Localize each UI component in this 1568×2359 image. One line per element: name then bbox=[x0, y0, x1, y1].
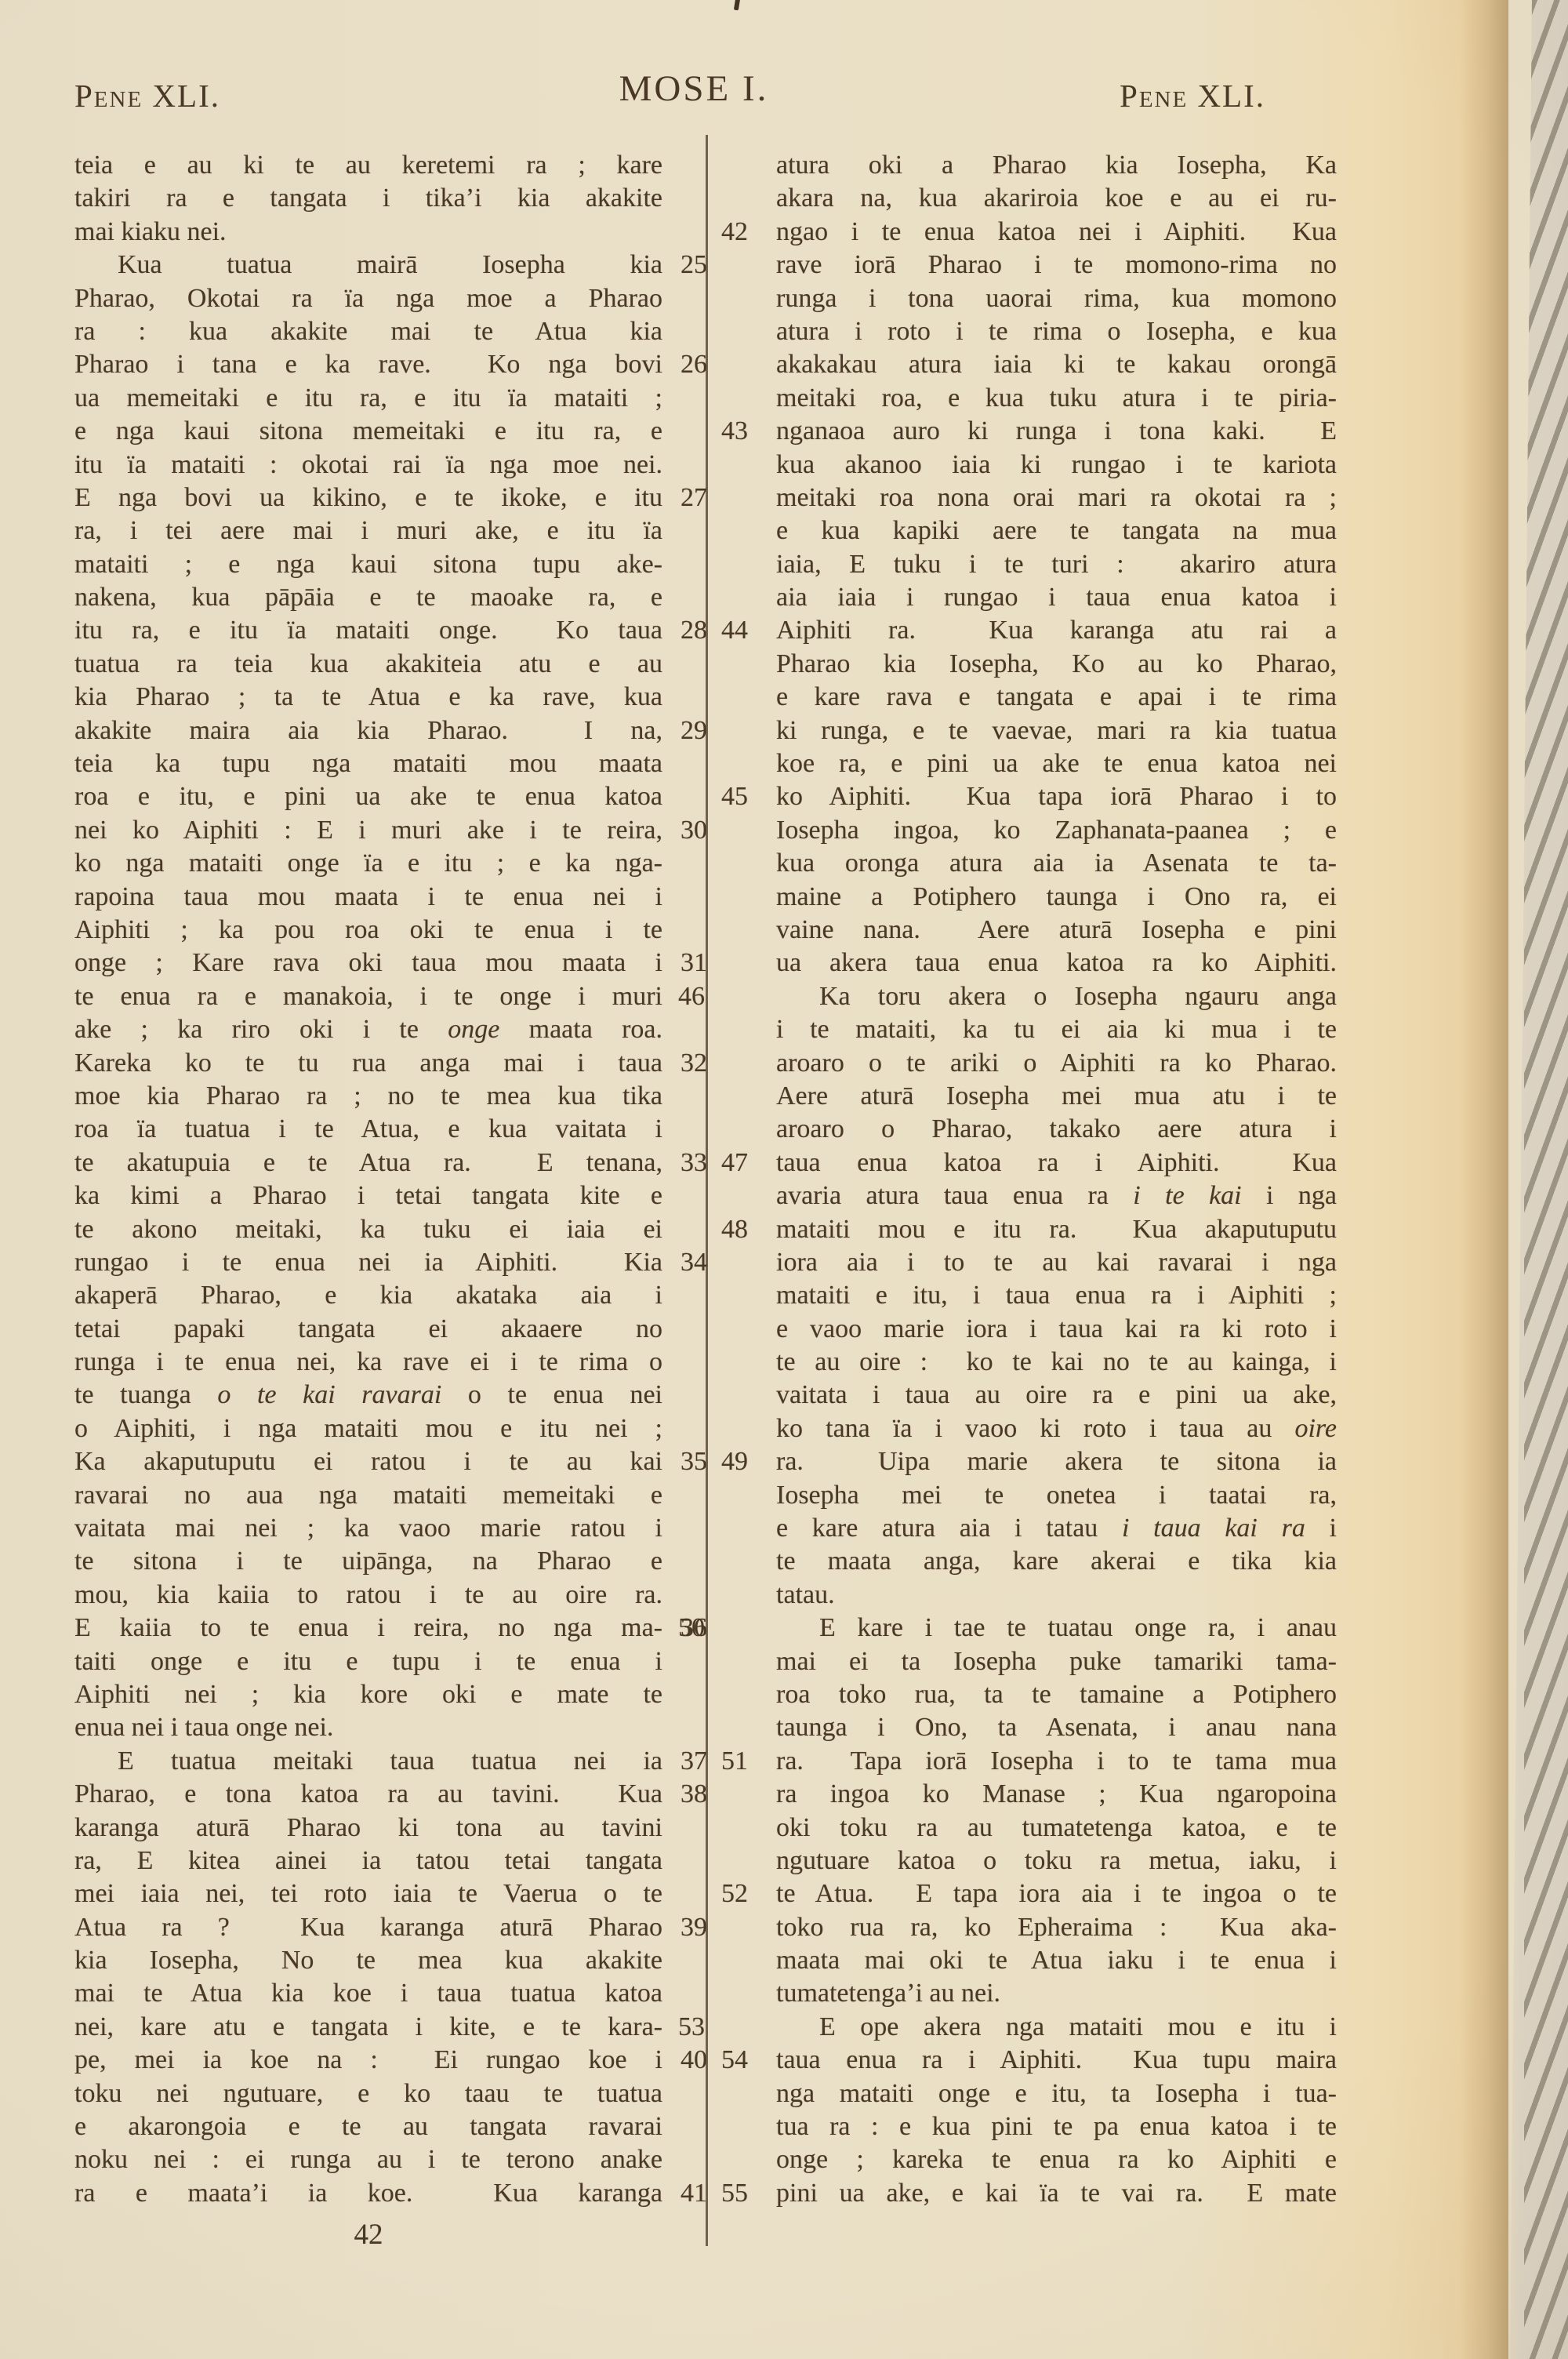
verse-text: E kare i tae te tuatau onge ra, i anau bbox=[819, 1613, 1337, 1642]
verse-text: te enua ra e manakoia, i te onge i muri bbox=[74, 982, 662, 1011]
text-line: Aiphiti ; ka pou roa oki te enua i te bbox=[74, 914, 662, 947]
text-line: 52te Atua. E tapa iora aia i te ingoa o … bbox=[776, 1877, 1337, 1910]
verse-text: roa toko rua, ta te tamaine a Potiphero bbox=[776, 1680, 1337, 1709]
verse-text: vaitata mai nei ; ka vaoo marie ratou i bbox=[74, 1514, 662, 1543]
verse-text: te sitona i te uipānga, na Pharao e bbox=[74, 1547, 662, 1576]
verse-text: enua nei i taua onge nei. bbox=[74, 1713, 333, 1742]
scanned-book-page: { "header": { "left": "Pene XLI.", "cent… bbox=[0, 0, 1568, 2359]
text-line: teia e au ki te au keretemi ra ; kare bbox=[74, 149, 662, 182]
text-line: vaitata i taua au oire ra e pini ua ake, bbox=[776, 1379, 1337, 1412]
verse-number: 51 bbox=[721, 1745, 748, 1778]
page: Pene XLI. MOSE I. Pene XLI. teia e au ki… bbox=[0, 0, 1508, 2359]
text-line: onge ; kareka te enua ra ko Aiphiti e bbox=[776, 2143, 1337, 2176]
text-line: mai ei ta Iosepha puke tamariki tama- bbox=[776, 1645, 1337, 1678]
text-line: meitaki roa, e kua tuku atura i te piria… bbox=[776, 382, 1337, 415]
text-line: vaine nana. Aere aturā Iosepha e pini bbox=[776, 914, 1337, 947]
verse-text: E kaiia to te enua i reira, no nga ma- bbox=[74, 1613, 662, 1642]
text-line: Iosepha mei te onetea i taatai ra, bbox=[776, 1479, 1337, 1512]
verse-text: kia Iosepha, No te mea kua akakite bbox=[74, 1946, 662, 1975]
text-line: 34rungao i te enua nei ia Aiphiti. Kia bbox=[74, 1246, 662, 1279]
verse-text: e kua kapiki aere te tangata na mua bbox=[776, 516, 1337, 545]
text-line: tua ra : e kua pini te pa enua katoa i t… bbox=[776, 2110, 1337, 2143]
text-line: takiri ra e tangata i tika’i kia akakite bbox=[74, 182, 662, 215]
verse-text: e kare rava e tangata e apai i te rima bbox=[776, 682, 1337, 711]
verse-number: 37 bbox=[681, 1745, 707, 1778]
text-line: kia Iosepha, No te mea kua akakite bbox=[74, 1944, 662, 1977]
verse-text: rave iorā Pharao i te momono-rima no bbox=[776, 250, 1337, 279]
verse-text: ki runga, e te vaevae, mari ra kia tuatu… bbox=[776, 716, 1337, 745]
verse-text: taiti onge e itu e tupu i te enua i bbox=[74, 1647, 662, 1676]
verse-text: mataiti mou e itu ra. Kua akaputuputu bbox=[776, 1215, 1337, 1244]
verse-text: mataiti ; e nga kaui sitona tupu ake- bbox=[74, 550, 662, 579]
verse-text: avaria atura taua enua ra i te kai i nga bbox=[776, 1181, 1337, 1210]
adjacent-page-text-blur bbox=[1524, 0, 1568, 2359]
text-line: toko rua ra, ko Epheraima : Kua aka- bbox=[776, 1911, 1337, 1944]
verse-text: aroaro o te ariki o Aiphiti ra ko Pharao… bbox=[776, 1049, 1337, 1078]
verse-text: mai kiaku nei. bbox=[74, 217, 227, 246]
left-text-column: teia e au ki te au keretemi ra ; karetak… bbox=[74, 149, 662, 2210]
running-head-right: Pene XLI. bbox=[1120, 77, 1265, 114]
text-line: ko tana ïa i vaoo ki roto i taua au oire bbox=[776, 1412, 1337, 1445]
text-line: ake ; ka riro oki i te onge maata roa. bbox=[74, 1013, 662, 1046]
text-line: 30nei ko Aiphiti : E i muri ake i te rei… bbox=[74, 814, 662, 847]
text-line: nakena, kua pāpāia e te maoake ra, e bbox=[74, 581, 662, 614]
text-line: roa e itu, e pini ua ake te enua katoa bbox=[74, 780, 662, 813]
verse-text: mataiti e itu, i taua enua ra i Aiphiti … bbox=[776, 1281, 1337, 1310]
verse-text: ngutuare katoa o toku ra metua, iaku, i bbox=[776, 1846, 1337, 1875]
text-line: 48mataiti mou e itu ra. Kua akaputuputu bbox=[776, 1213, 1337, 1246]
text-line: 50E kare i tae te tuatau onge ra, i anau bbox=[776, 1612, 1337, 1645]
verse-text: koe ra, e pini ua ake te enua katoa nei bbox=[776, 749, 1337, 778]
verse-text: tatau. bbox=[776, 1580, 835, 1609]
verse-number: 42 bbox=[721, 216, 748, 249]
text-line: o Aiphiti, i nga mataiti mou e itu nei ; bbox=[74, 1412, 662, 1445]
verse-text: pe, mei ia koe na : Ei rungao koe i bbox=[74, 2045, 662, 2074]
verse-text: Pharao, Okotai ra ïa nga moe a Pharao bbox=[74, 284, 662, 313]
text-line: 38Pharao, e tona katoa ra au tavini. Kua bbox=[74, 1778, 662, 1811]
verse-text: tua ra : e kua pini te pa enua katoa i t… bbox=[776, 2112, 1337, 2141]
verse-text: meitaki roa, e kua tuku atura i te piria… bbox=[776, 383, 1337, 413]
verse-number: 30 bbox=[681, 814, 707, 847]
text-line: oki toku ra au tumatetenga katoa, e te bbox=[776, 1812, 1337, 1845]
text-line: avaria atura taua enua ra i te kai i nga bbox=[776, 1179, 1337, 1212]
verse-text: meitaki roa nona orai mari ra okotai ra … bbox=[776, 483, 1337, 512]
verse-number: 45 bbox=[721, 780, 748, 813]
verse-text: Iosepha mei te onetea i taatai ra, bbox=[776, 1481, 1337, 1510]
verse-text: ravarai no aua nga mataiti memeitaki e bbox=[74, 1481, 662, 1510]
verse-text: ngao i te enua katoa nei i Aiphiti. Kua bbox=[776, 217, 1337, 246]
verse-text: nganaoa auro ki runga i tona kaki. E bbox=[776, 416, 1337, 445]
verse-text: Pharao i tana e ka rave. Ko nga bovi bbox=[74, 350, 662, 379]
text-line: ra, i tei aere mai i muri ake, e itu ïa bbox=[74, 514, 662, 547]
text-line: rave iorā Pharao i te momono-rima no bbox=[776, 249, 1337, 282]
verse-number: 29 bbox=[681, 714, 707, 747]
text-line: ko nga mataiti onge ïa e itu ; e ka nga- bbox=[74, 847, 662, 880]
text-line: 40pe, mei ia koe na : Ei rungao koe i bbox=[74, 2044, 662, 2077]
verse-text: vaine nana. Aere aturā Iosepha e pini bbox=[776, 915, 1337, 944]
text-line: 49ra. Uipa marie akera te sitona ia bbox=[776, 1445, 1337, 1478]
text-line: aroaro o Pharao, takako aere atura i bbox=[776, 1113, 1337, 1146]
verse-number: 54 bbox=[721, 2044, 748, 2077]
text-line: ngutuare katoa o toku ra metua, iaku, i bbox=[776, 1845, 1337, 1877]
text-line: 28itu ra, e itu ïa mataiti onge. Ko taua bbox=[74, 614, 662, 647]
verse-text: vaitata i taua au oire ra e pini ua ake, bbox=[776, 1380, 1337, 1409]
verse-text: atura i roto i te rima o Iosepha, e kua bbox=[776, 317, 1337, 346]
text-line: te akono meitaki, ka tuku ei iaia ei bbox=[74, 1213, 662, 1246]
verse-text: nga mataiti onge e itu, ta Iosepha i tua… bbox=[776, 2079, 1337, 2108]
verse-number: 26 bbox=[681, 348, 707, 381]
verse-text: taua enua katoa ra i Aiphiti. Kua bbox=[776, 1148, 1337, 1177]
text-line: e kua kapiki aere te tangata na mua bbox=[776, 514, 1337, 547]
verse-text: Aiphiti ra. Kua karanga atu rai a bbox=[776, 616, 1337, 645]
verse-number: 48 bbox=[721, 1213, 748, 1246]
verse-text: ra. Tapa iorā Iosepha i to te tama mua bbox=[776, 1747, 1337, 1776]
verse-text: akara na, kua akariroia koe e au ei ru- bbox=[776, 184, 1337, 213]
text-line: roa ïa tuatua i te Atua, e kua vaitata i bbox=[74, 1113, 662, 1146]
verse-text: ka kimi a Pharao i tetai tangata kite e bbox=[74, 1181, 662, 1210]
text-line: 32Kareka ko te tu rua anga mai i taua bbox=[74, 1047, 662, 1080]
verse-text: roa e itu, e pini ua ake te enua katoa bbox=[74, 782, 662, 811]
verse-text: itu ra, e itu ïa mataiti onge. Ko taua bbox=[74, 616, 662, 645]
text-line: 53E ope akera nga mataiti mou e itu i bbox=[776, 2011, 1337, 2044]
verse-number: 55 bbox=[721, 2177, 748, 2210]
printers-mark bbox=[734, 0, 740, 10]
verse-text: te maata anga, kare akerai e tika kia bbox=[776, 1547, 1337, 1576]
text-line: 31onge ; Kare rava oki taua mou maata i bbox=[74, 947, 662, 980]
text-line: aia iaia i rungao i taua enua katoa i bbox=[776, 581, 1337, 614]
text-line: 37E tuatua meitaki taua tuatua nei ia bbox=[74, 1745, 662, 1778]
verse-text: Pharao, e tona katoa ra au tavini. Kua bbox=[74, 1779, 662, 1808]
text-line: tatau. bbox=[776, 1579, 1337, 1612]
text-line: e kare rava e tangata e apai i te rima bbox=[776, 681, 1337, 714]
text-line: te tuanga o te kai ravarai o te enua nei bbox=[74, 1379, 662, 1412]
text-line: ka kimi a Pharao i tetai tangata kite e bbox=[74, 1179, 662, 1212]
text-line: teia ka tupu nga mataiti mou maata bbox=[74, 747, 662, 780]
text-line: 39Atua ra ? Kua karanga aturā Pharao bbox=[74, 1911, 662, 1944]
text-line: iaia, E tuku i te turi : akariro atura bbox=[776, 548, 1337, 581]
text-line: mai kiaku nei. bbox=[74, 216, 662, 249]
verse-number: 46 bbox=[678, 980, 705, 1013]
verse-text: mai te Atua kia koe i taua tuatua katoa bbox=[74, 1979, 662, 2008]
verse-text: onge ; Kare rava oki taua mou maata i bbox=[74, 948, 662, 977]
text-line: e akarongoia e te au tangata ravarai bbox=[74, 2110, 662, 2143]
verse-text: e kare atura aia i tatau i taua kai ra i bbox=[776, 1514, 1337, 1543]
text-line: mei iaia nei, tei roto iaia te Vaerua o … bbox=[74, 1877, 662, 1910]
verse-text: noku nei : ei runga au i te terono anake bbox=[74, 2145, 662, 2174]
text-line: rapoina taua mou maata i te enua nei i bbox=[74, 881, 662, 914]
verse-text: e nga kaui sitona memeitaki e itu ra, e bbox=[74, 416, 662, 445]
verse-number: 43 bbox=[721, 415, 748, 448]
text-line: mai te Atua kia koe i taua tuatua katoa bbox=[74, 1977, 662, 2010]
verse-number: 41 bbox=[681, 2177, 707, 2210]
verse-text: onge ; kareka te enua ra ko Aiphiti e bbox=[776, 2145, 1337, 2174]
verse-text: nakena, kua pāpāia e te maoake ra, e bbox=[74, 583, 662, 612]
text-line: enua nei i taua onge nei. bbox=[74, 1711, 662, 1744]
text-line: 29akakite maira aia kia Pharao. I na, bbox=[74, 714, 662, 747]
text-line: mou, kia kaiia to ratou i te au oire ra. bbox=[74, 1579, 662, 1612]
text-line: karanga aturā Pharao ki tona au tavini bbox=[74, 1812, 662, 1845]
text-line: 51ra. Tapa iorā Iosepha i to te tama mua bbox=[776, 1745, 1337, 1778]
verse-text: mou, kia kaiia to ratou i te au oire ra. bbox=[74, 1580, 662, 1609]
verse-text: toko rua ra, ko Epheraima : Kua aka- bbox=[776, 1913, 1337, 1942]
verse-text: rungao i te enua nei ia Aiphiti. Kia bbox=[74, 1248, 662, 1277]
text-line: ra : kua akakite mai te Atua kia bbox=[74, 315, 662, 348]
text-line: atura oki a Pharao kia Iosepha, Ka bbox=[776, 149, 1337, 182]
verse-number: 53 bbox=[678, 2011, 705, 2044]
verse-number: 38 bbox=[681, 1778, 707, 1811]
verse-text: aroaro o Pharao, takako aere atura i bbox=[776, 1114, 1337, 1143]
verse-text: o Aiphiti, i nga mataiti mou e itu nei ; bbox=[74, 1414, 662, 1443]
text-line: 46Ka toru akera o Iosepha ngauru anga bbox=[776, 980, 1337, 1013]
verse-text: takiri ra e tangata i tika’i kia akakite bbox=[74, 184, 662, 213]
text-line: ra ingoa ko Manase ; Kua ngaropoina bbox=[776, 1778, 1337, 1811]
text-line: aroaro o te ariki o Aiphiti ra ko Pharao… bbox=[776, 1047, 1337, 1080]
verse-text: Pharao kia Iosepha, Ko au ko Pharao, bbox=[776, 649, 1337, 678]
verse-number: 33 bbox=[681, 1147, 707, 1179]
verse-text: oki toku ra au tumatetenga katoa, e te bbox=[776, 1813, 1337, 1842]
verse-text: teia ka tupu nga mataiti mou maata bbox=[74, 749, 662, 778]
text-line: Aiphiti nei ; kia kore oki e mate te bbox=[74, 1678, 662, 1711]
text-line: 27E nga bovi ua kikino, e te ikoke, e it… bbox=[74, 482, 662, 514]
text-line: iora aia i to te au kai ravarai i nga bbox=[776, 1246, 1337, 1279]
verse-text: rapoina taua mou maata i te enua nei i bbox=[74, 882, 662, 911]
text-line: ravarai no aua nga mataiti memeitaki e bbox=[74, 1479, 662, 1512]
text-line: maine a Potiphero taunga i Ono ra, ei bbox=[776, 881, 1337, 914]
verse-text: ko Aiphiti. Kua tapa iorā Pharao i to bbox=[776, 782, 1337, 811]
verse-text: akakite maira aia kia Pharao. I na, bbox=[74, 716, 662, 745]
text-line: 45ko Aiphiti. Kua tapa iorā Pharao i to bbox=[776, 780, 1337, 813]
verse-text: e vaoo marie iora i taua kai ra ki roto … bbox=[776, 1314, 1337, 1343]
verse-text: tuatua ra teia kua akakiteia atu e au bbox=[74, 649, 662, 678]
verse-text: runga i te enua nei, ka rave ei i te rim… bbox=[74, 1347, 662, 1376]
text-line: toku nei ngutuare, e ko taau te tuatua bbox=[74, 2077, 662, 2110]
verse-text: E tuatua meitaki taua tuatua nei ia bbox=[118, 1747, 662, 1776]
text-line: taunga i Ono, ta Asenata, i anau nana bbox=[776, 1711, 1337, 1744]
verse-text: ra, i tei aere mai i muri ake, e itu ïa bbox=[74, 516, 662, 545]
text-line: roa toko rua, ta te tamaine a Potiphero bbox=[776, 1678, 1337, 1711]
text-line: e vaoo marie iora i taua kai ra ki roto … bbox=[776, 1313, 1337, 1346]
verse-text: te tuanga o te kai ravarai o te enua nei bbox=[74, 1380, 662, 1409]
verse-text: ko nga mataiti onge ïa e itu ; e ka nga- bbox=[74, 849, 662, 878]
verse-text: e akarongoia e te au tangata ravarai bbox=[74, 2112, 662, 2141]
text-line: 35Ka akaputuputu ei ratou i te au kai bbox=[74, 1445, 662, 1478]
verse-number: 35 bbox=[681, 1445, 707, 1478]
verse-text: nei ko Aiphiti : E i muri ake i te reira… bbox=[74, 816, 662, 845]
text-line: tumatetenga’i au nei. bbox=[776, 1977, 1337, 2010]
verse-text: ake ; ka riro oki i te onge maata roa. bbox=[74, 1015, 662, 1044]
verse-text: kua akanoo iaia ki rungao i te kariota bbox=[776, 450, 1337, 479]
page-gutter-shadow bbox=[1460, 0, 1508, 2359]
verse-text: teia e au ki te au keretemi ra ; kare bbox=[74, 151, 662, 180]
verse-text: moe kia Pharao ra ; no te mea kua tika bbox=[74, 1081, 662, 1110]
verse-text: E ope akera nga mataiti mou e itu i bbox=[819, 2012, 1337, 2041]
verse-number: 49 bbox=[721, 1445, 748, 1478]
text-line: i te mataiti, ka tu ei aia ki mua i te bbox=[776, 1013, 1337, 1046]
verse-text: atura oki a Pharao kia Iosepha, Ka bbox=[776, 151, 1337, 180]
text-line: te maata anga, kare akerai e tika kia bbox=[776, 1545, 1337, 1578]
text-line: te sitona i te uipānga, na Pharao e bbox=[74, 1545, 662, 1578]
verse-text: akaperā Pharao, e kia akataka aia i bbox=[74, 1281, 662, 1310]
verse-text: Kareka ko te tu rua anga mai i taua bbox=[74, 1049, 662, 1078]
verse-text: ua akera taua enua katoa ra ko Aiphiti. bbox=[776, 948, 1337, 977]
verse-text: karanga aturā Pharao ki tona au tavini bbox=[74, 1813, 662, 1842]
verse-text: Iosepha ingoa, ko Zaphanata-paanea ; e bbox=[776, 816, 1337, 845]
text-line: runga i te enua nei, ka rave ei i te rim… bbox=[74, 1346, 662, 1379]
verse-text: i te mataiti, ka tu ei aia ki mua i te bbox=[776, 1015, 1337, 1044]
text-line: 25Kua tuatua mairā Iosepha kia bbox=[74, 249, 662, 282]
verse-text: runga i tona uaorai rima, kua momono bbox=[776, 284, 1337, 313]
verse-text: itu ïa mataiti : okotai rai ïa nga moe n… bbox=[74, 450, 662, 479]
verse-number: 39 bbox=[681, 1911, 707, 1944]
text-line: kia Pharao ; ta te Atua e ka rave, kua bbox=[74, 681, 662, 714]
text-line: mataiti ; e nga kaui sitona tupu ake- bbox=[74, 548, 662, 581]
text-line: mataiti e itu, i taua enua ra i Aiphiti … bbox=[776, 1279, 1337, 1312]
verse-text: te akono meitaki, ka tuku ei iaia ei bbox=[74, 1215, 662, 1244]
verse-text: te akatupuia e te Atua ra. E tenana, bbox=[74, 1148, 662, 1177]
text-line: 41ra e maata’i ia koe. Kua karanga bbox=[74, 2177, 662, 2210]
verse-number: 44 bbox=[721, 614, 748, 647]
verse-text: mei iaia nei, tei roto iaia te Vaerua o … bbox=[74, 1879, 662, 1908]
text-line: akaperā Pharao, e kia akataka aia i bbox=[74, 1279, 662, 1312]
verse-number: 40 bbox=[681, 2044, 707, 2077]
text-line: 42ngao i te enua katoa nei i Aiphiti. Ku… bbox=[776, 216, 1337, 249]
text-line: nei, kare atu e tangata i kite, e te kar… bbox=[74, 2011, 662, 2044]
verse-text: akakakau atura iaia ki te kakau orongā bbox=[776, 350, 1337, 379]
verse-text: maine a Potiphero taunga i Ono ra, ei bbox=[776, 882, 1337, 911]
right-text-column: atura oki a Pharao kia Iosepha, Kaakara … bbox=[776, 149, 1337, 2210]
verse-text: Ka toru akera o Iosepha ngauru anga bbox=[819, 982, 1337, 1011]
text-line: kua oronga atura aia ia Asenata te ta- bbox=[776, 847, 1337, 880]
text-line: 33te akatupuia e te Atua ra. E tenana, bbox=[74, 1147, 662, 1179]
text-line: nga mataiti onge e itu, ta Iosepha i tua… bbox=[776, 2077, 1337, 2110]
verse-text: maata mai oki te Atua iaku i te enua i bbox=[776, 1946, 1337, 1975]
text-line: Aere aturā Iosepha mei mua atu i te bbox=[776, 1080, 1337, 1113]
verse-text: Kua tuatua mairā Iosepha kia bbox=[118, 250, 662, 279]
verse-text: te au oire : ko te kai no te au kainga, … bbox=[776, 1347, 1337, 1376]
verse-text: pini ua ake, e kai ïa te vai ra. E mate bbox=[776, 2179, 1337, 2208]
text-line: 36E kaiia to te enua i reira, no nga ma- bbox=[74, 1612, 662, 1645]
text-line: taiti onge e itu e tupu i te enua i bbox=[74, 1645, 662, 1678]
text-line: e nga kaui sitona memeitaki e itu ra, e bbox=[74, 415, 662, 448]
text-line: tetai papaki tangata ei akaaere no bbox=[74, 1313, 662, 1346]
text-line: koe ra, e pini ua ake te enua katoa nei bbox=[776, 747, 1337, 780]
verse-number: 32 bbox=[681, 1047, 707, 1080]
verse-text: toku nei ngutuare, e ko taau te tuatua bbox=[74, 2079, 662, 2108]
verse-text: iora aia i to te au kai ravarai i nga bbox=[776, 1248, 1337, 1277]
verse-text: kua oronga atura aia ia Asenata te ta- bbox=[776, 849, 1337, 878]
verse-number: 47 bbox=[721, 1147, 748, 1179]
verse-text: ra. Uipa marie akera te sitona ia bbox=[776, 1447, 1337, 1476]
verse-text: Aiphiti nei ; kia kore oki e mate te bbox=[74, 1680, 662, 1709]
text-line: Iosepha ingoa, ko Zaphanata-paanea ; e bbox=[776, 814, 1337, 847]
verse-number: 34 bbox=[681, 1246, 707, 1279]
verse-text: tetai papaki tangata ei akaaere no bbox=[74, 1314, 662, 1343]
verse-text: nei, kare atu e tangata i kite, e te kar… bbox=[74, 2012, 662, 2041]
text-line: 54taua enua ra i Aiphiti. Kua tupu maira bbox=[776, 2044, 1337, 2077]
page-number: 42 bbox=[74, 2218, 662, 2252]
verse-number: 52 bbox=[721, 1877, 748, 1910]
verse-text: Ka akaputuputu ei ratou i te au kai bbox=[74, 1447, 662, 1476]
text-line: ua memeitaki e itu ra, e itu ïa mataiti … bbox=[74, 382, 662, 415]
text-line: meitaki roa nona orai mari ra okotai ra … bbox=[776, 482, 1337, 514]
verse-text: te Atua. E tapa iora aia i te ingoa o te bbox=[776, 1879, 1337, 1908]
text-line: 47taua enua katoa ra i Aiphiti. Kua bbox=[776, 1147, 1337, 1179]
text-line: te enua ra e manakoia, i te onge i muri bbox=[74, 980, 662, 1013]
verse-text: roa ïa tuatua i te Atua, e kua vaitata i bbox=[74, 1114, 662, 1143]
verse-text: ra, E kitea ainei ia tatou tetai tangata bbox=[74, 1846, 662, 1875]
verse-text: Aere aturā Iosepha mei mua atu i te bbox=[776, 1081, 1337, 1110]
text-line: Pharao kia Iosepha, Ko au ko Pharao, bbox=[776, 648, 1337, 681]
verse-number: 50 bbox=[678, 1612, 705, 1645]
text-line: 26Pharao i tana e ka rave. Ko nga bovi bbox=[74, 348, 662, 381]
verse-text: taua enua ra i Aiphiti. Kua tupu maira bbox=[776, 2045, 1337, 2074]
text-line: tuatua ra teia kua akakiteia atu e au bbox=[74, 648, 662, 681]
verse-text: Atua ra ? Kua karanga aturā Pharao bbox=[74, 1913, 662, 1942]
verse-text: taunga i Ono, ta Asenata, i anau nana bbox=[776, 1713, 1337, 1742]
text-line: maata mai oki te Atua iaku i te enua i bbox=[776, 1944, 1337, 1977]
verse-text: E nga bovi ua kikino, e te ikoke, e itu bbox=[74, 483, 662, 512]
text-line: moe kia Pharao ra ; no te mea kua tika bbox=[74, 1080, 662, 1113]
text-line: atura i roto i te rima o Iosepha, e kua bbox=[776, 315, 1337, 348]
verse-number: 25 bbox=[681, 249, 707, 282]
verse-text: ra e maata’i ia koe. Kua karanga bbox=[74, 2179, 662, 2208]
text-line: vaitata mai nei ; ka vaoo marie ratou i bbox=[74, 1512, 662, 1545]
text-line: 44Aiphiti ra. Kua karanga atu rai a bbox=[776, 614, 1337, 647]
verse-text: ua memeitaki e itu ra, e itu ïa mataiti … bbox=[74, 383, 662, 413]
text-line: ua akera taua enua katoa ra ko Aiphiti. bbox=[776, 947, 1337, 980]
text-line: itu ïa mataiti : okotai rai ïa nga moe n… bbox=[74, 449, 662, 482]
verse-text: iaia, E tuku i te turi : akariro atura bbox=[776, 550, 1337, 579]
verse-number: 31 bbox=[681, 947, 707, 980]
text-line: akara na, kua akariroia koe e au ei ru- bbox=[776, 182, 1337, 215]
verse-text: ra : kua akakite mai te Atua kia bbox=[74, 317, 662, 346]
text-line: te au oire : ko te kai no te au kainga, … bbox=[776, 1346, 1337, 1379]
text-line: runga i tona uaorai rima, kua momono bbox=[776, 282, 1337, 315]
text-line: e kare atura aia i tatau i taua kai ra i bbox=[776, 1512, 1337, 1545]
verse-text: Aiphiti ; ka pou roa oki te enua i te bbox=[74, 915, 662, 944]
verse-text: ra ingoa ko Manase ; Kua ngaropoina bbox=[776, 1779, 1337, 1808]
text-line: 55pini ua ake, e kai ïa te vai ra. E mat… bbox=[776, 2177, 1337, 2210]
text-line: kua akanoo iaia ki rungao i te kariota bbox=[776, 449, 1337, 482]
text-line: Pharao, Okotai ra ïa nga moe a Pharao bbox=[74, 282, 662, 315]
text-line: 43nganaoa auro ki runga i tona kaki. E bbox=[776, 415, 1337, 448]
text-line: noku nei : ei runga au i te terono anake bbox=[74, 2143, 662, 2176]
verse-text: mai ei ta Iosepha puke tamariki tama- bbox=[776, 1647, 1337, 1676]
text-line: ki runga, e te vaevae, mari ra kia tuatu… bbox=[776, 714, 1337, 747]
next-page-curl-edge bbox=[1505, 0, 1568, 2359]
verse-text: ko tana ïa i vaoo ki roto i taua au oire bbox=[776, 1414, 1337, 1443]
verse-text: aia iaia i rungao i taua enua katoa i bbox=[776, 583, 1337, 612]
verse-number: 27 bbox=[681, 482, 707, 514]
verse-text: tumatetenga’i au nei. bbox=[776, 1979, 1000, 2008]
verse-number: 28 bbox=[681, 614, 707, 647]
text-line: akakakau atura iaia ki te kakau orongā bbox=[776, 348, 1337, 381]
verse-text: kia Pharao ; ta te Atua e ka rave, kua bbox=[74, 682, 662, 711]
text-line: ra, E kitea ainei ia tatou tetai tangata bbox=[74, 1845, 662, 1877]
